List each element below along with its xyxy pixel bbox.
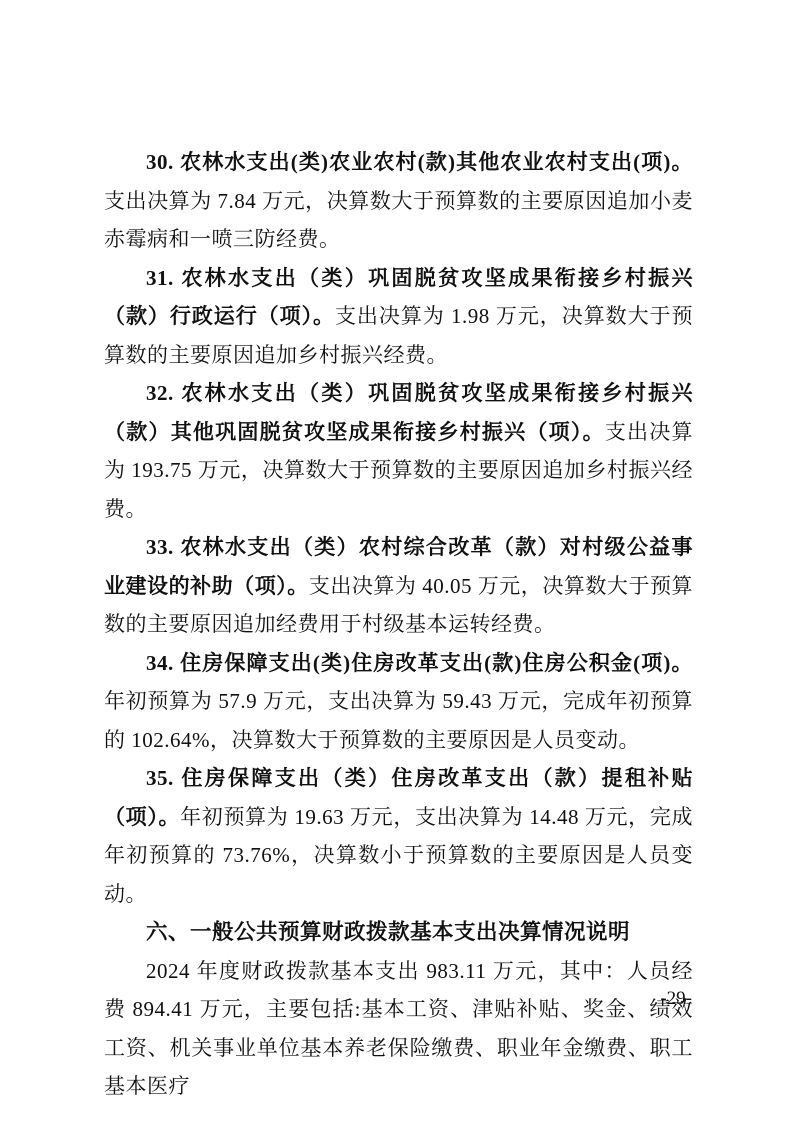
- paragraph-item-32: 32. 农林水支出（类）巩固脱贫攻坚成果衔接乡村振兴（款）其他巩固脱贫攻坚成果衔…: [104, 374, 693, 528]
- page-number: -29-: [660, 988, 692, 1010]
- paragraph-item-33: 33. 农林水支出（类）农村综合改革（款）对村级公益事业建设的补助（项）。支出决…: [104, 528, 693, 644]
- paragraph-34-heading: 34. 住房保障支出(类)住房改革支出(款)住房公积金(项)。: [146, 651, 693, 675]
- paragraph-item-35: 35. 住房保障支出（类）住房改革支出（款）提租补贴（项）。年初预算为 19.6…: [104, 759, 693, 913]
- page-body: 30. 农林水支出(类)农业农村(款)其他农业农村支出(项)。支出决算为 7.8…: [104, 143, 693, 1106]
- paragraph-item-30: 30. 农林水支出(类)农业农村(款)其他农业农村支出(项)。支出决算为 7.8…: [104, 143, 693, 259]
- document-page: 30. 农林水支出(类)农业农村(款)其他农业农村支出(项)。支出决算为 7.8…: [0, 0, 793, 1122]
- paragraph-30-heading: 30. 农林水支出(类)农业农村(款)其他农业农村支出(项)。: [146, 150, 693, 174]
- paragraph-34-text: 年初预算为 57.9 万元，支出决算为 59.43 万元，完成年初预算的 102…: [104, 689, 693, 752]
- section-heading-six: 六、一般公共预算财政拨款基本支出决算情况说明: [104, 913, 693, 952]
- paragraph-35-text: 年初预算为 19.63 万元，支出决算为 14.48 万元，完成年初预算的 73…: [104, 805, 693, 906]
- paragraph-item-31: 31. 农林水支出（类）巩固脱贫攻坚成果衔接乡村振兴（款）行政运行（项）。支出决…: [104, 259, 693, 375]
- paragraph-item-34: 34. 住房保障支出(类)住房改革支出(款)住房公积金(项)。年初预算为 57.…: [104, 644, 693, 760]
- closing-paragraph: 2024 年度财政拨款基本支出 983.11 万元，其中：人员经费 894.41…: [104, 952, 693, 1106]
- paragraph-30-text: 支出决算为 7.84 万元，决算数大于预算数的主要原因追加小麦赤霉病和一喷三防经…: [104, 189, 693, 252]
